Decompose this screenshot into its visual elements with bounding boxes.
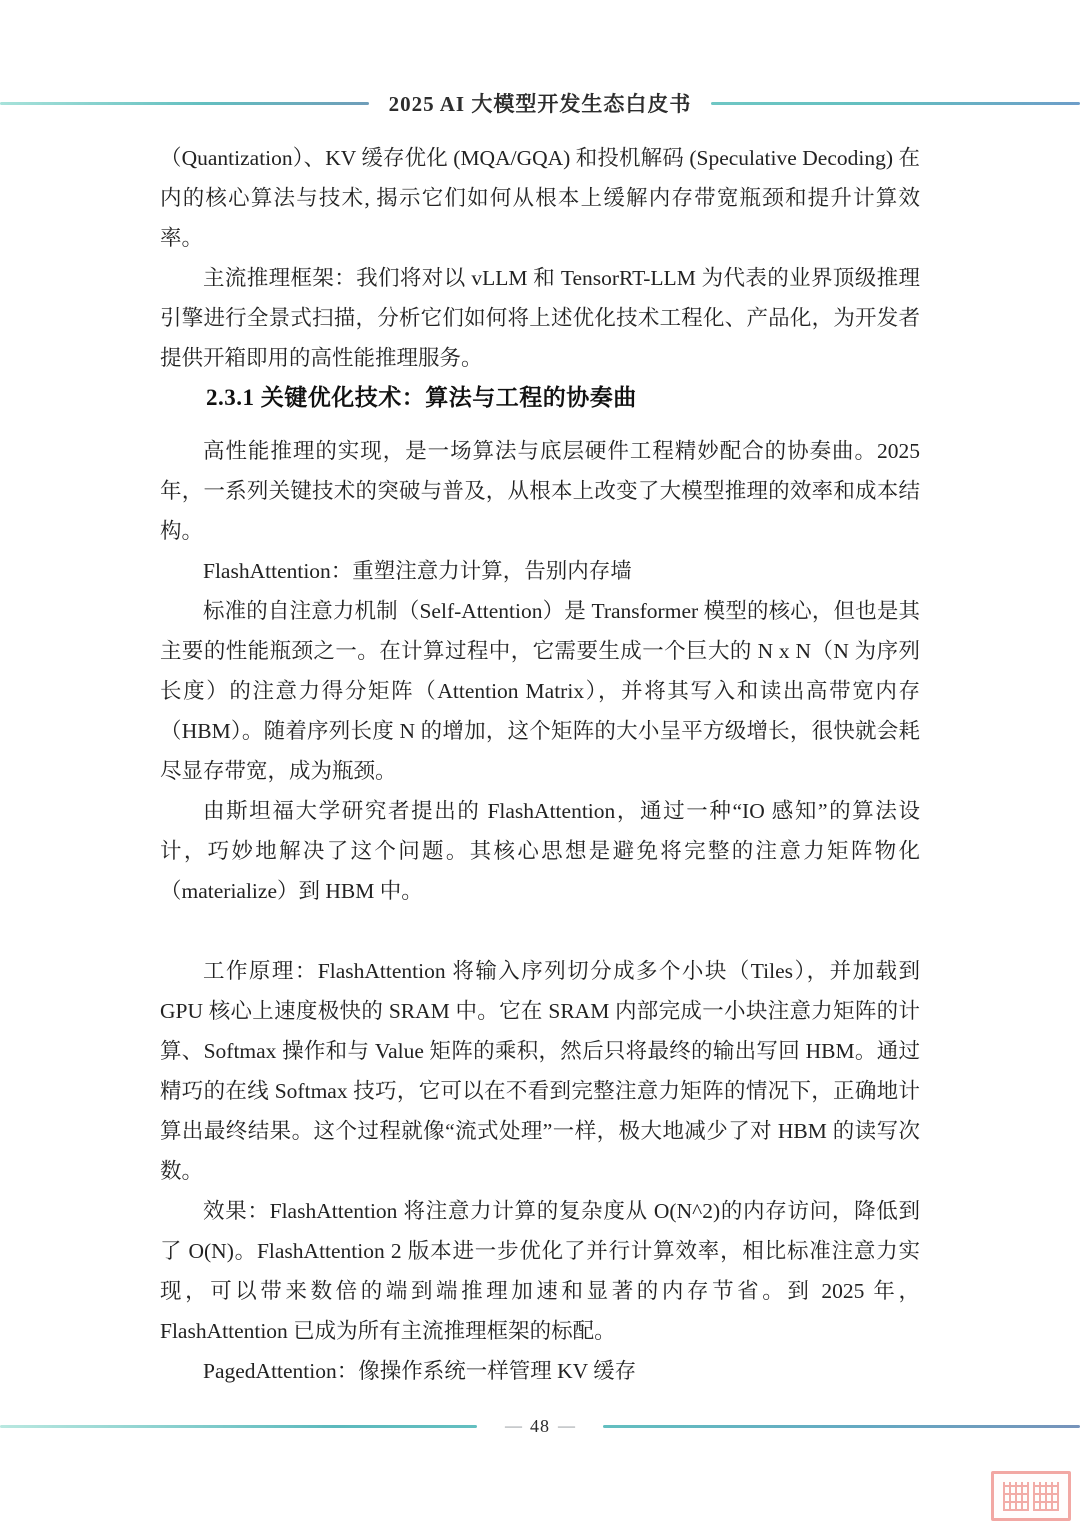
footer-rule-right bbox=[603, 1425, 1080, 1428]
paragraph-effect: 效果：FlashAttention 将注意力计算的复杂度从 O(N^2)的内存访… bbox=[160, 1191, 920, 1351]
paragraph-self-attention: 标准的自注意力机制（Self-Attention）是 Transformer 模… bbox=[160, 591, 920, 791]
paragraph-mainstream-frameworks: 主流推理框架：我们将对以 vLLM 和 TensorRT-LLM 为代表的业界顶… bbox=[160, 258, 920, 378]
header-title: 2025 AI 大模型开发生态白皮书 bbox=[389, 88, 692, 118]
page-number-dash-right: — bbox=[558, 1416, 575, 1436]
section-heading-2-3-1: 2.3.1 关键优化技术：算法与工程的协奏曲 bbox=[206, 378, 920, 418]
page-number-dash-left: — bbox=[505, 1416, 522, 1436]
paragraph-working-principle: 工作原理：FlashAttention 将输入序列切分成多个小块（Tiles），… bbox=[160, 951, 920, 1191]
footer-rule-left bbox=[0, 1425, 477, 1428]
page-number: — 48 — bbox=[477, 1416, 603, 1437]
paragraph-flashattention-title: FlashAttention：重塑注意力计算，告别内存墙 bbox=[160, 551, 920, 591]
page-number-value: 48 bbox=[530, 1416, 550, 1437]
paragraph-stanford-flashattention: 由斯坦福大学研究者提出的 FlashAttention，通过一种“IO 感知”的… bbox=[160, 791, 920, 911]
seal-glyph-left bbox=[1003, 1482, 1029, 1511]
document-page: 2025 AI 大模型开发生态白皮书 （Quantization）、KV 缓存优… bbox=[0, 0, 1080, 1527]
seal-glyph-right bbox=[1033, 1482, 1059, 1511]
page-body: （Quantization）、KV 缓存优化 (MQA/GQA) 和投机解码 (… bbox=[160, 138, 920, 1391]
header-rule-right bbox=[711, 102, 1080, 105]
seal-stamp-icon bbox=[991, 1471, 1071, 1521]
paragraph-pagedattention-title: PagedAttention：像操作系统一样管理 KV 缓存 bbox=[160, 1351, 920, 1391]
paragraph-high-performance-intro: 高性能推理的实现，是一场算法与底层硬件工程精妙配合的协奏曲。2025 年，一系列… bbox=[160, 431, 920, 551]
header-rule-left bbox=[0, 102, 369, 105]
paragraph-spacer bbox=[160, 911, 920, 951]
page-header: 2025 AI 大模型开发生态白皮书 bbox=[0, 0, 1080, 118]
paragraph-quantization-continued: （Quantization）、KV 缓存优化 (MQA/GQA) 和投机解码 (… bbox=[160, 138, 920, 258]
page-footer: — 48 — bbox=[0, 1412, 1080, 1440]
